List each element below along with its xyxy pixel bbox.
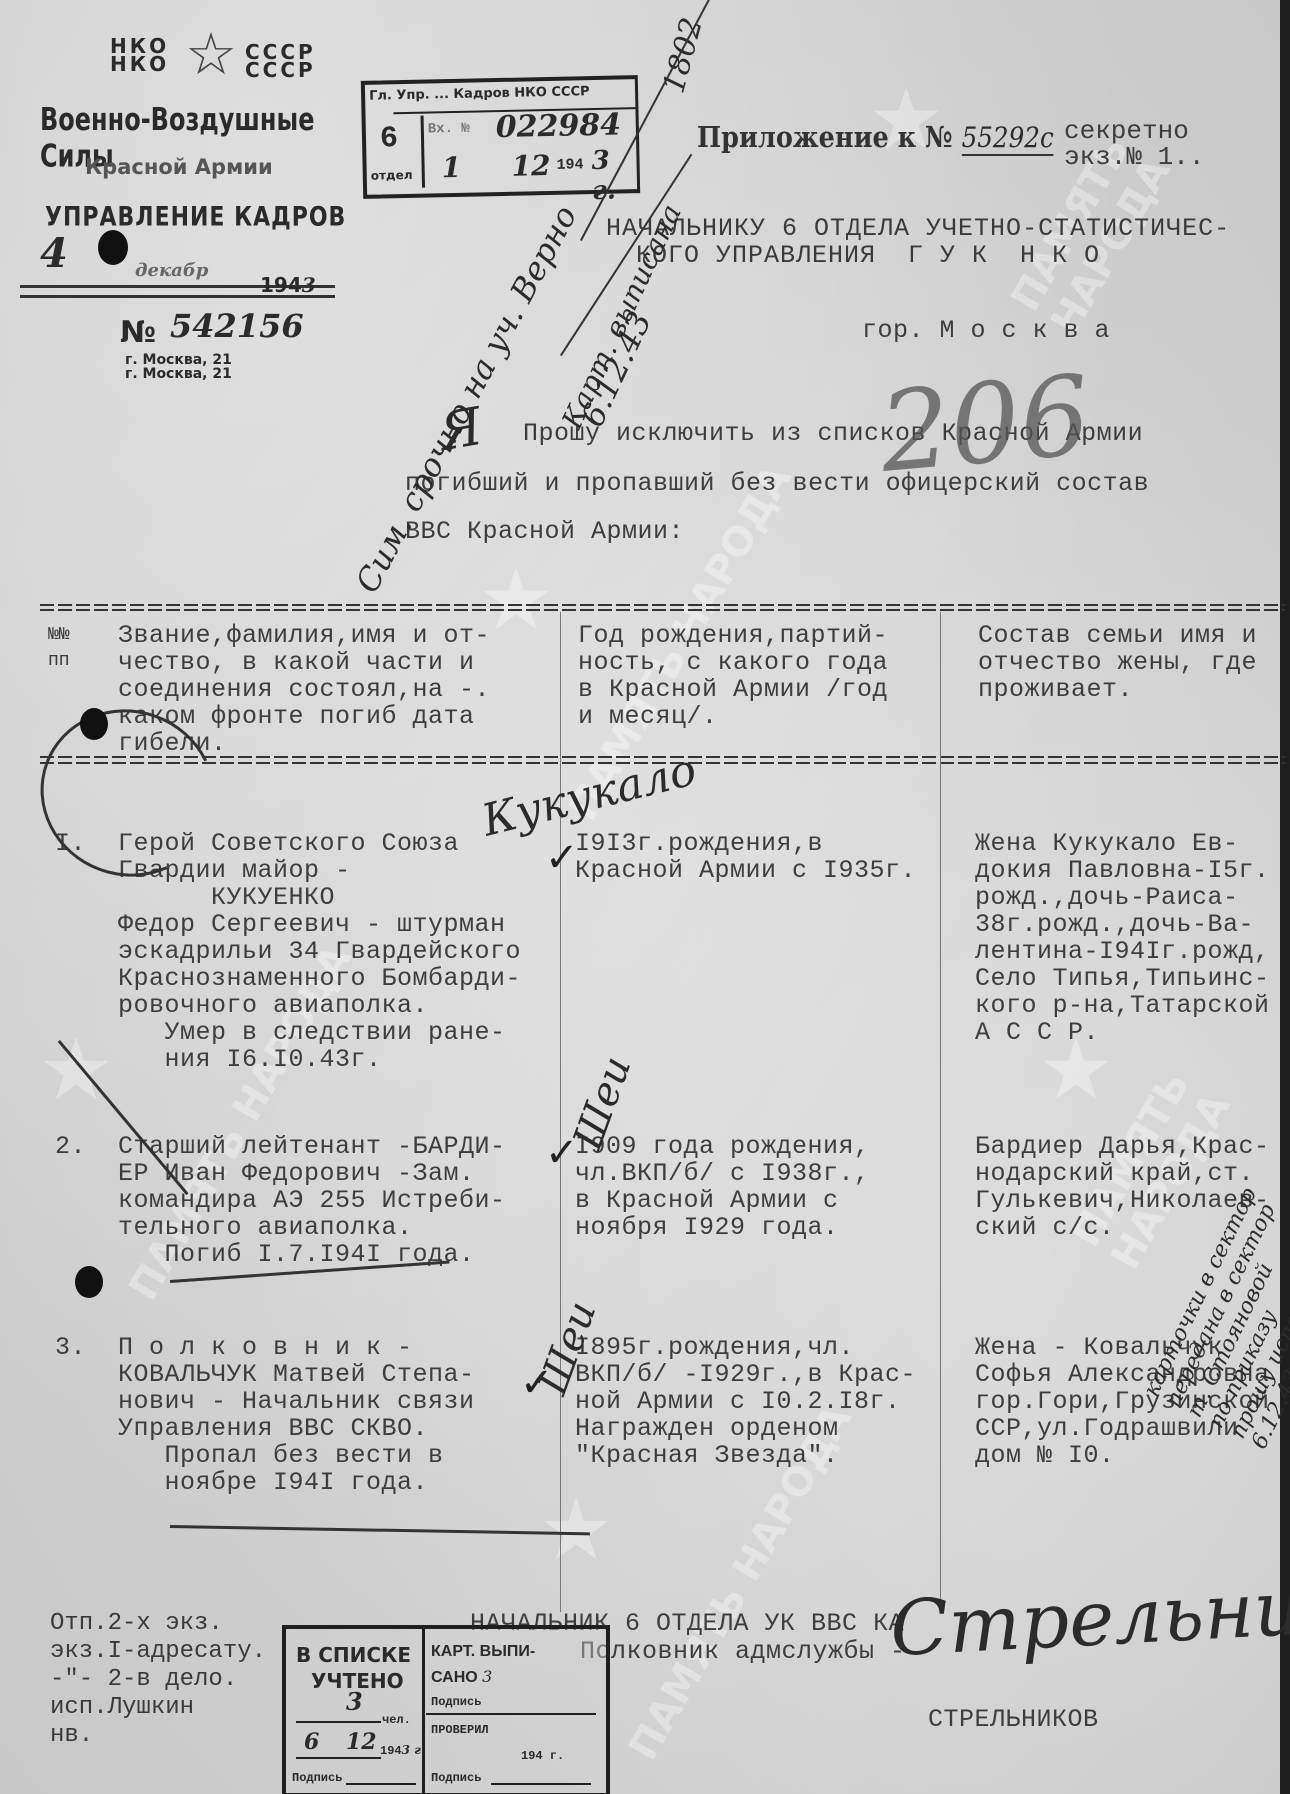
acc-card-label: КАРТ. ВЫПИ- <box>431 1643 535 1661</box>
acc-checked-label: ПРОВЕРИЛ <box>431 1723 489 1737</box>
accounting-stamp: В СПИСКЕ УЧТЕНО 3 чел. 6 12 1943 г. Подп… <box>282 1625 610 1794</box>
row-person: Герой Советского Союза Гвардии майор - К… <box>118 830 521 1073</box>
stamp-year: 1943 <box>260 273 316 297</box>
stamp-city: г. Москва, 21г. Москва, 21 <box>125 353 232 381</box>
stamp-number-value: 542156 <box>170 307 304 345</box>
handwritten-number: 206 <box>875 351 1095 497</box>
punch-hole <box>80 708 108 740</box>
row-birth: I909 года рождения, чл.ВКП/б/ с I938г., … <box>575 1133 870 1241</box>
signatory-rank: Полковник адмслужбы - <box>580 1638 906 1665</box>
row-number: 3. <box>55 1334 86 1361</box>
appendix-header: Приложение к № 55292с <box>697 120 1054 154</box>
acc-sign-label: Подпись <box>292 1771 342 1785</box>
appendix-number: 55292с <box>962 121 1054 156</box>
stamp-nko: НКОНКО <box>110 37 169 73</box>
table-header-num: №№ пп <box>48 622 70 674</box>
acc-year: 1943 г. <box>380 1743 425 1758</box>
table-rule <box>40 604 1285 606</box>
table-rule <box>40 609 1285 611</box>
reg-year-label: 194 <box>556 156 583 174</box>
addressee-city: гор. М о с к в а <box>862 317 1110 344</box>
reg-month: 12 <box>511 149 551 183</box>
acc-day: 6 <box>304 1729 319 1755</box>
scan-edge <box>1280 0 1290 1794</box>
punch-hole <box>75 1266 103 1298</box>
stamp-department: УПРАВЛЕНИЕ КАДРОВ <box>45 203 346 233</box>
appendix-label: Приложение к № <box>697 120 953 154</box>
acc-count: 3 <box>346 1687 363 1716</box>
watermark-star-icon: ★ <box>870 40 942 187</box>
acc-count-unit: чел. <box>382 1713 411 1727</box>
acc-checked-sign-label: Подпись <box>431 1771 481 1785</box>
stamp-army: Красной Армии <box>85 155 273 179</box>
column-divider <box>940 612 941 1612</box>
org-stamp: НКОНКО ☆ СССРСССР Военно-Воздушные Силы … <box>20 15 350 375</box>
star-icon: ☆ <box>185 25 237 83</box>
reg-stamp-header: Гл. Упр. ... Кадров НКО СССР <box>369 84 590 104</box>
acc-card-sign-label: Подпись <box>431 1695 481 1709</box>
table-header-birth: Год рождения,партий- ность, с какого год… <box>578 622 888 730</box>
punch-hole <box>98 230 128 265</box>
acc-card-label: САНО 3 <box>431 1667 492 1687</box>
row-number: 2. <box>55 1133 86 1160</box>
reg-incoming-value: 022984 <box>495 107 621 145</box>
row-birth: I895г.рождения,чл. ВКП/б/ -I929г.,в Крас… <box>575 1334 916 1469</box>
stamp-number-label: № <box>120 315 156 350</box>
distribution-note: Отп.2-х экз. экз.I-адресату. -"- 2-в дел… <box>50 1610 266 1750</box>
signatory-name: СТРЕЛЬНИКОВ <box>928 1706 1099 1733</box>
check-mark-icon: ✓ <box>545 835 579 881</box>
addressee: НАЧАЛЬНИКУ 6 ОТДЕЛА УЧЕТНО-СТАТИСТИЧЕС-К… <box>606 215 1230 269</box>
acc-stamp-title: В СПИСКЕ <box>296 1643 411 1667</box>
acc-checked-year: 194 г. <box>521 1749 564 1763</box>
column-divider <box>560 612 561 1612</box>
reg-incoming-label: Вх. № <box>428 121 470 138</box>
stamp-date-day: 4 <box>40 230 68 277</box>
watermark: ПАМЯТЬ НАРОДА <box>1003 10 1248 342</box>
stamp-sssr: СССРСССР <box>245 43 316 79</box>
classification: секретноэкз.№ 1.. <box>1064 118 1204 170</box>
row-person: П о л к о в н и к - КОВАЛЬЧУК Матвей Сте… <box>118 1334 475 1496</box>
reg-stamp-department: 6 отдел <box>366 116 425 189</box>
acc-month: 12 <box>346 1729 377 1755</box>
row-person: Старший лейтенант -БАРДИ- ЕР Иван Федоро… <box>118 1133 506 1268</box>
signature: Стрельников <box>888 1556 1290 1674</box>
row-family: Жена Кукукало Ев- докия Павловна-I5г. ро… <box>975 830 1270 1046</box>
reg-day: 1 <box>441 151 461 184</box>
table-header-family: Состав семьи имя и отчество жены, где пр… <box>978 622 1257 703</box>
stamp-date-month: декабр <box>135 260 208 281</box>
registration-stamp: Гл. Упр. ... Кадров НКО СССР 6 отдел Вх.… <box>361 75 640 199</box>
pen-underline <box>170 1525 590 1535</box>
body-line: ВВС Красной Армии: <box>405 518 684 545</box>
row-birth: I9I3г.рождения,в Красной Армии с I935г. <box>575 830 916 884</box>
watermark-star-icon: ★ <box>540 1450 612 1597</box>
